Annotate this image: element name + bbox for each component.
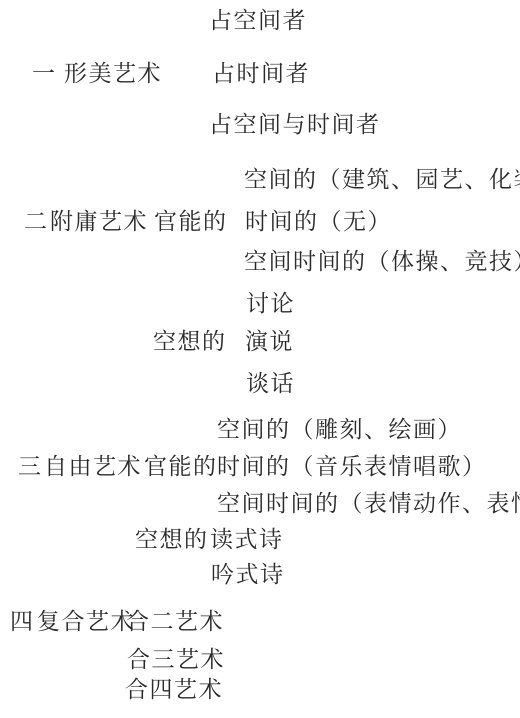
section-3-group-2-label: 空想的 xyxy=(135,527,209,553)
section-4-leaf-1: 合二艺术 xyxy=(126,609,224,635)
section-2-group-2-leaf-2: 演说 xyxy=(245,329,294,355)
section-3-group-2-leaf-1: 读式诗 xyxy=(210,527,284,553)
section-3-group-1-leaf-2: 时间的（音乐表情唱歌） xyxy=(217,454,487,480)
section-3-group-2-leaf-2: 吟式诗 xyxy=(211,562,285,588)
section-2-group-2-label: 空想的 xyxy=(153,329,227,355)
section-1-leaf-2: 占时间者 xyxy=(212,61,310,87)
section-2-number: 二 xyxy=(24,209,49,235)
section-2-title: 附庸艺术 xyxy=(50,209,148,235)
section-1-title: 形美艺术 xyxy=(64,61,162,87)
section-3-group-1-leaf-1: 空间的（雕刻、绘画） xyxy=(217,417,462,443)
section-4-leaf-3: 合四艺术 xyxy=(125,677,223,703)
section-1-leaf-3: 占空间与时间者 xyxy=(209,112,381,138)
section-2-group-1-leaf-2: 时间的（无） xyxy=(245,209,392,235)
section-2-group-1-label: 官能的 xyxy=(154,209,228,235)
section-2-group-2-leaf-3: 谈话 xyxy=(246,371,295,397)
section-2-group-1-leaf-1: 空间的（建筑、园艺、化装） xyxy=(244,167,520,193)
section-3-group-1-leaf-3: 空间时间的（表情动作、表情舞蹈） xyxy=(217,491,520,517)
scanned-document-page: 占空间者 一 形美艺术 占时间者 占空间与时间者 空间的（建筑、园艺、化装） 二… xyxy=(0,0,520,718)
section-4-leaf-2: 合三艺术 xyxy=(127,647,225,673)
section-4-title: 复合艺术 xyxy=(37,609,135,635)
section-4-number: 四 xyxy=(10,609,35,635)
section-1-number: 一 xyxy=(32,61,57,87)
section-2-group-2-leaf-1: 讨论 xyxy=(246,291,295,317)
section-2-group-1-leaf-3: 空间时间的（体操、竞技） xyxy=(244,249,520,275)
section-1-leaf-1: 占空间者 xyxy=(209,8,307,34)
section-3-number: 三 xyxy=(18,454,43,480)
section-3-group-1-label: 官能的 xyxy=(144,454,218,480)
section-3-title: 自由艺术 xyxy=(44,454,142,480)
